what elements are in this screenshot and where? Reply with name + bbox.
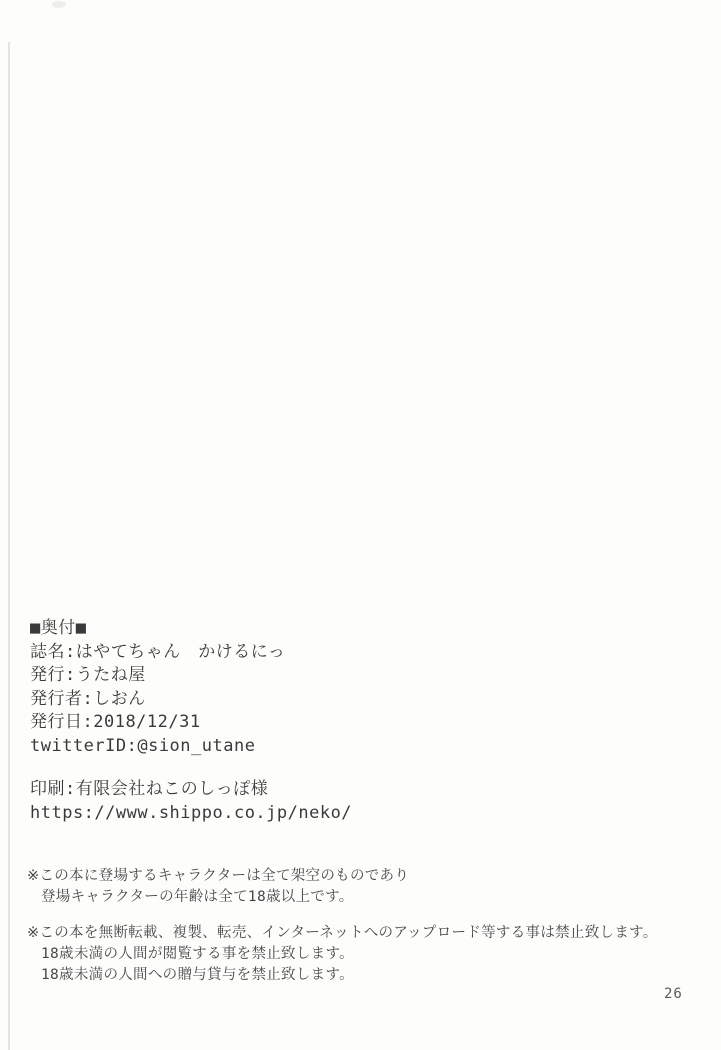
notice-line: ※この本に登場するキャラクターは全て架空のものであり xyxy=(27,866,409,887)
colophon-line-author: 発行者:しおん xyxy=(30,688,285,712)
colophon-page: ■奥付■ 誌名:はやてちゃん かけるにっ 発行:うたね屋 発行者:しおん 発行日… xyxy=(0,0,721,1050)
notice-line: 18歳未満の人間への贈与貸与を禁止致します。 xyxy=(41,965,658,986)
scan-edge-artifact xyxy=(8,42,10,1050)
notice-fiction-disclaimer: ※この本に登場するキャラクターは全て架空のものであり 登場キャラクターの年齢は全… xyxy=(27,866,409,908)
printing-company: 印刷:有限会社ねこのしっぽ様 xyxy=(30,777,352,801)
notice-line: 登場キャラクターの年齢は全て18歳以上です。 xyxy=(41,887,409,908)
colophon-line-title-name: 誌名:はやてちゃん かけるにっ xyxy=(30,641,285,665)
colophon-block: ■奥付■ 誌名:はやてちゃん かけるにっ 発行:うたね屋 発行者:しおん 発行日… xyxy=(30,617,285,758)
page-number: 26 xyxy=(664,986,683,1002)
notice-prohibition-disclaimer: ※この本を無断転載、複製、転売、インターネットへのアップロード等する事は禁止致し… xyxy=(27,923,658,986)
colophon-line-publish-date: 発行日:2018/12/31 xyxy=(30,711,285,735)
printing-url: https://www.shippo.co.jp/neko/ xyxy=(30,801,352,825)
colophon-line-twitter-id: twitterID:@sion_utane xyxy=(30,735,285,759)
colophon-title: ■奥付■ xyxy=(30,617,285,641)
notice-line: 18歳未満の人間が閲覧する事を禁止致します。 xyxy=(41,944,658,965)
colophon-line-publisher: 発行:うたね屋 xyxy=(30,664,285,688)
printing-block: 印刷:有限会社ねこのしっぽ様 https://www.shippo.co.jp/… xyxy=(30,777,352,825)
notice-line: ※この本を無断転載、複製、転売、インターネットへのアップロード等する事は禁止致し… xyxy=(27,923,658,944)
scan-smudge-artifact xyxy=(52,1,66,8)
